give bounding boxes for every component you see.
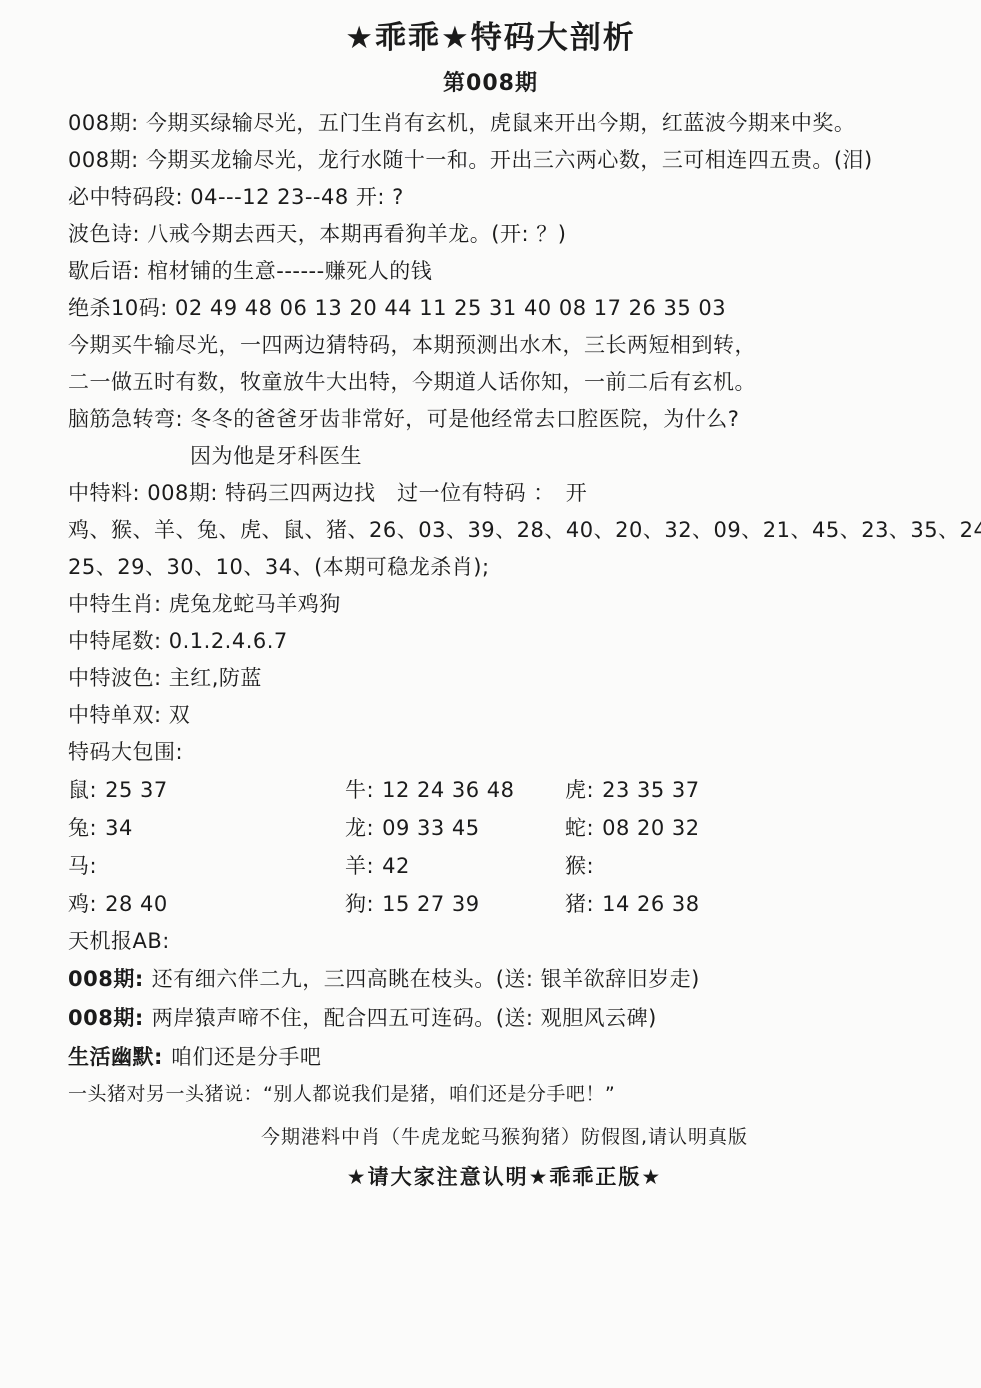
bottom-period-line-1: 008期:还有细六伴二九，三四高眺在枝头。(送: 银羊欲辞旧岁走) <box>68 960 941 999</box>
wrap-cell-monkey: 猴: <box>565 847 941 885</box>
wrap-cell-label: 龙: <box>345 816 374 840</box>
wrap-cell-label: 虎: <box>565 778 594 802</box>
wrap-cell-label: 马: <box>68 854 97 878</box>
brand-footer: ★请大家注意认明★乖乖正版★ <box>68 1161 941 1191</box>
wrap-cell-label: 蛇: <box>565 816 594 840</box>
brain-teaser-answer-line: 因为他是牙科医生 <box>68 438 941 475</box>
zhongte-wave-color-line: 中特波色: 主红,防蓝 <box>68 660 941 697</box>
verse-line-1: 今期买牛输尽光，一四两边猜特码，本期预测出水木，三长两短相到转， <box>68 327 941 364</box>
wrap-cell-snake: 蛇:08 20 32 <box>565 809 941 847</box>
wrap-cell-numbers: 08 20 32 <box>602 816 700 840</box>
wrap-cell-label: 牛: <box>345 778 374 802</box>
wrap-cell-label: 狗: <box>345 892 374 916</box>
special-code-range-line: 必中特码段: 04---12 23--48 开: ? <box>68 179 941 216</box>
wrap-cell-numbers: 42 <box>382 854 410 878</box>
wrap-cell-dragon: 龙:09 33 45 <box>345 809 565 847</box>
zhongte-material-line: 中特料: 008期: 特码三四两边找 过一位有特码 ： 开 <box>68 475 941 512</box>
wrap-cell-numbers: 12 24 36 48 <box>382 778 514 802</box>
life-humor-label: 生活幽默: <box>68 1045 163 1069</box>
wrap-cell-horse: 马: <box>68 847 345 885</box>
wrap-cell-numbers: 23 35 37 <box>602 778 700 802</box>
wrap-cell-label: 猪: <box>565 892 594 916</box>
wrap-cell-numbers: 09 33 45 <box>382 816 480 840</box>
zodiac-number-list-line-1: 鸡、猴、羊、兔、虎、鼠、猪、26、03、39、28、40、20、32、09、21… <box>68 512 941 549</box>
wrap-cell-rat: 鼠:25 37 <box>68 771 345 809</box>
zhongte-zodiac-line: 中特生肖: 虎兔龙蛇马羊鸡狗 <box>68 586 941 623</box>
anti-fake-notice: 今期港料中肖（牛虎龙蛇马猴狗猪）防假图,请认明真版 <box>68 1122 941 1149</box>
pig-joke-line: 一头猪对另一头猪说：“别人都说我们是猪，咱们还是分手吧！” <box>68 1077 941 1112</box>
document-page: ★乖乖★特码大剖析 第008期 008期: 今期买绿输尽光，五门生肖有玄机，虎鼠… <box>0 0 981 1388</box>
wrap-cell-numbers: 34 <box>105 816 133 840</box>
wrap-table: 鼠:25 37 牛:12 24 36 48 虎:23 35 37 兔:34 龙:… <box>68 771 941 923</box>
wrap-cell-pig: 猪:14 26 38 <box>565 885 941 923</box>
brain-teaser-line: 脑筋急转弯: 冬冬的爸爸牙齿非常好，可是他经常去口腔医院，为什么? <box>68 401 941 438</box>
wrap-cell-ox: 牛:12 24 36 48 <box>345 771 565 809</box>
wrap-cell-label: 鸡: <box>68 892 97 916</box>
period-text: 两岸猿声啼不住，配合四五可连码。(送: 观胆风云碑) <box>152 1006 657 1030</box>
wrap-cell-tiger: 虎:23 35 37 <box>565 771 941 809</box>
wrap-cell-dog: 狗:15 27 39 <box>345 885 565 923</box>
kill-10-codes-line: 绝杀10码: 02 49 48 06 13 20 44 11 25 31 40 … <box>68 290 941 327</box>
wrap-cell-numbers: 25 37 <box>105 778 168 802</box>
wrap-cell-rabbit: 兔:34 <box>68 809 345 847</box>
zhongte-tail-digits-line: 中特尾数: 0.1.2.4.6.7 <box>68 623 941 660</box>
period-tip-line-1: 008期: 今期买绿输尽光，五门生肖有玄机，虎鼠来开出今期，红蓝波今期来中奖。 <box>68 105 941 142</box>
wrap-cell-numbers: 14 26 38 <box>602 892 700 916</box>
zodiac-number-list-line-2: 25、29、30、10、34、(本期可稳龙杀肖); <box>68 549 941 586</box>
wrap-table-heading: 特码大包围: <box>68 734 941 771</box>
wrap-cell-label: 羊: <box>345 854 374 878</box>
life-humor-line: 生活幽默:咱们还是分手吧 <box>68 1038 941 1077</box>
wave-color-poem-line: 波色诗: 八戒今期去西天，本期再看狗羊龙。(开: ？) <box>68 216 941 253</box>
wrap-cell-label: 猴: <box>565 854 594 878</box>
wrap-cell-label: 鼠: <box>68 778 97 802</box>
wrap-cell-label: 兔: <box>68 816 97 840</box>
issue-number: 第008期 <box>0 66 981 97</box>
tianji-report-line: 天机报AB: <box>68 923 941 960</box>
document-body: 008期: 今期买绿输尽光，五门生肖有玄机，虎鼠来开出今期，红蓝波今期来中奖。 … <box>68 105 941 1191</box>
period-text: 还有细六伴二九，三四高眺在枝头。(送: 银羊欲辞旧岁走) <box>152 967 700 991</box>
wrap-cell-goat: 羊:42 <box>345 847 565 885</box>
xiehouyu-line: 歇后语: 棺材铺的生意------赚死人的钱 <box>68 253 941 290</box>
period-label: 008期: <box>68 1006 144 1030</box>
wrap-cell-numbers: 15 27 39 <box>382 892 480 916</box>
period-tip-line-2: 008期: 今期买龙输尽光，龙行水随十一和。开出三六两心数，三可相连四五贵。(泪… <box>68 142 941 179</box>
zhongte-odd-even-line: 中特单双: 双 <box>68 697 941 734</box>
wrap-cell-numbers: 28 40 <box>105 892 168 916</box>
page-title: ★乖乖★特码大剖析 <box>0 0 981 57</box>
period-label: 008期: <box>68 967 144 991</box>
wrap-cell-rooster: 鸡:28 40 <box>68 885 345 923</box>
verse-line-2: 二一做五时有数，牧童放牛大出特，今期道人话你知，一前二后有玄机。 <box>68 364 941 401</box>
life-humor-text: 咱们还是分手吧 <box>171 1045 322 1069</box>
bottom-period-line-2: 008期:两岸猿声啼不住，配合四五可连码。(送: 观胆风云碑) <box>68 999 941 1038</box>
